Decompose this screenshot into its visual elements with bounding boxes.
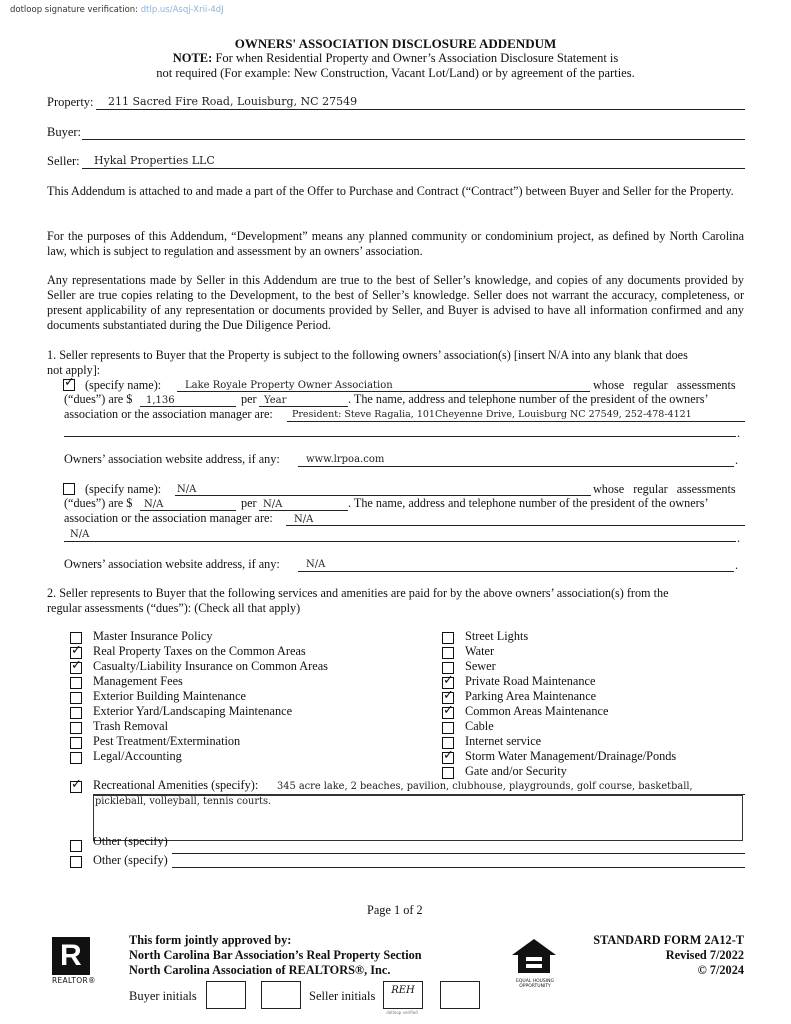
recreational-amenities-value-line-1[interactable]: 345 acre lake, 2 beaches, pavilion, club… [277,781,693,792]
association-2-name[interactable]: N/A [177,484,196,495]
seller-field[interactable]: Hykal Properties LLC [94,154,215,167]
service-right-checkbox-1[interactable] [442,632,454,644]
service-right-label-9: Storm Water Management/Drainage/Ponds [465,749,676,764]
section2-intro: 2. Seller represents to Buyer that the f… [47,586,744,616]
service-left-checkbox-5[interactable] [70,692,82,704]
manager-line [286,525,745,526]
eho-text: EQUAL HOUSING OPPORTUNITY [510,979,560,989]
property-field[interactable]: 211 Sacred Fire Road, Louisburg, NC 2754… [108,95,357,108]
association-1-name[interactable]: Lake Royale Property Owner Association [185,380,393,391]
section1-intro-line-2: not apply]: [47,363,744,378]
service-left-checkbox-4[interactable] [70,677,82,689]
period-mark: . [735,558,738,573]
seller-label: Seller: [47,154,80,169]
name-address-label: . The name, address and telephone number… [348,392,709,407]
website-line [298,466,734,467]
period-mark: . [735,453,738,468]
whose-label: whose regular assessments [593,482,736,497]
buyer-line [82,139,745,140]
recreational-amenities-label: Recreational Amenities (specify): [93,778,258,793]
section2-intro-line-1: 2. Seller represents to Buyer that the f… [47,586,744,601]
property-line [96,109,745,110]
form-number: STANDARD FORM 2A12-T [593,933,744,948]
verification-label: dotloop signature verification: [10,5,138,15]
service-right-checkbox-7[interactable] [442,722,454,734]
other-2-checkbox[interactable] [70,856,82,868]
other-2-line[interactable] [172,867,745,868]
service-left-checkbox-6[interactable] [70,707,82,719]
buyer-initials-label: Buyer initials [129,989,197,1004]
approval-line-1: This form jointly approved by: [129,933,422,948]
association-1-period[interactable]: Year [264,395,286,406]
name-address-label: . The name, address and telephone number… [348,496,709,511]
manager-line-2 [64,436,736,437]
buyer-label: Buyer: [47,125,81,140]
service-left-label-9: Legal/Accounting [93,749,182,764]
note-bold: NOTE: [173,51,213,65]
website-label: Owners’ association website address, if … [64,452,280,467]
service-right-label-7: Cable [465,719,494,734]
service-right-label-2: Water [465,644,494,659]
other-1-label: Other (specify) [93,837,168,847]
document-title: OWNERS' ASSOCIATION DISCLOSURE ADDENDUM [0,36,791,52]
approval-block: This form jointly approved by: North Car… [129,933,422,978]
section2-intro-line-2: regular assessments (“dues”): (Check all… [47,601,744,616]
service-right-checkbox-6[interactable] [442,707,454,719]
service-left-label-2: Real Property Taxes on the Common Areas [93,644,306,659]
form-revised: Revised 7/2022 [593,948,744,963]
per-label: per [241,392,257,407]
service-right-label-4: Private Road Maintenance [465,674,595,689]
equal-housing-logo: EQUAL HOUSING OPPORTUNITY [510,937,560,989]
service-left-label-4: Management Fees [93,674,183,689]
period-mark: . [737,531,740,546]
dotloop-verification: dotloop signature verification: dtlp.us/… [10,5,224,15]
manager-line-2 [64,541,736,542]
association-1-checkbox[interactable] [63,379,75,391]
service-right-label-1: Street Lights [465,629,528,644]
seller-initials-box-2[interactable] [440,981,480,1009]
service-right-label-10: Gate and/or Security [465,764,567,779]
realtor-logo: R REALTOR® [52,937,96,985]
section1-intro: 1. Seller represents to Buyer that the P… [47,348,744,378]
seller-initials-box-1[interactable]: REH [383,981,423,1009]
realtor-logo-text: REALTOR® [52,976,96,985]
association-2-period[interactable]: N/A [263,499,282,510]
buyer-initials-box-2[interactable] [261,981,301,1009]
dues-label: (“dues”) are $ [64,392,132,407]
website-line [298,571,734,572]
association-2-manager[interactable]: N/A [294,514,313,525]
form-copyright: © 7/2024 [593,963,744,978]
service-left-label-3: Casualty/Liability Insurance on Common A… [93,659,328,674]
buyer-initials-box-1[interactable] [206,981,246,1009]
seller-initials-caption: dotloop verified [380,1010,424,1015]
service-right-label-5: Parking Area Maintenance [465,689,596,704]
seller-initials-1-value: REH [384,985,422,996]
association-2-website[interactable]: N/A [306,559,325,570]
approval-line-3: North Carolina Association of REALTORS®,… [129,963,422,978]
dues-label: (“dues”) are $ [64,496,132,511]
paragraph-development: For the purposes of this Addendum, “Deve… [47,229,744,259]
service-left-label-7: Trash Removal [93,719,168,734]
service-right-label-8: Internet service [465,734,541,749]
service-left-checkbox-7[interactable] [70,722,82,734]
manager-line [287,421,745,422]
other-2-label: Other (specify) [93,853,168,868]
service-left-label-1: Master Insurance Policy [93,629,213,644]
seller-line [82,168,745,169]
approval-line-2: North Carolina Bar Association’s Real Pr… [129,948,422,963]
service-left-checkbox-9[interactable] [70,752,82,764]
eho-text-line-2: OPPORTUNITY [510,984,560,989]
note-line-1: For when Residential Property and Owner’… [215,51,618,65]
whose-label: whose regular assessments [593,378,736,393]
verification-link[interactable]: dtlp.us/Asqj-Xrii-4dJ [141,5,224,15]
seller-initials-label: Seller initials [309,989,375,1004]
service-right-checkbox-10[interactable] [442,767,454,779]
association-1-dues[interactable]: 1,136 [146,395,175,406]
manager-label: association or the association manager a… [64,511,273,526]
form-info: STANDARD FORM 2A12-T Revised 7/2022 © 7/… [593,933,744,978]
realtor-r-icon: R [60,941,82,971]
property-label: Property: [47,95,94,110]
other-1-checkbox[interactable] [70,840,82,852]
paragraph-addendum: This Addendum is attached to and made a … [47,184,744,199]
association-2-checkbox[interactable] [63,483,75,495]
service-left-checkbox-8[interactable] [70,737,82,749]
website-label: Owners’ association website address, if … [64,557,280,572]
service-left-label-5: Exterior Building Maintenance [93,689,246,704]
period-mark: . [737,426,740,441]
association-2-dues[interactable]: N/A [144,499,163,510]
association-2-manager-line-2[interactable]: N/A [70,529,89,540]
service-right-checkbox-9[interactable] [442,752,454,764]
document-note: NOTE: For when Residential Property and … [0,51,791,81]
association-1-website[interactable]: www.lrpoa.com [306,454,384,465]
service-left-label-8: Pest Treatment/Extermination [93,734,240,749]
other-1-line[interactable] [172,853,745,854]
association-1-manager[interactable]: President: Steve Ragalia, 101Cheyenne Dr… [292,409,692,420]
service-right-label-3: Sewer [465,659,496,674]
service-left-checkbox-3[interactable] [70,662,82,674]
service-right-checkbox-2[interactable] [442,647,454,659]
manager-label: association or the association manager a… [64,407,273,422]
service-right-label-6: Common Areas Maintenance [465,704,608,719]
recreational-amenities-checkbox[interactable] [70,781,82,793]
recreational-amenities-value-line-2[interactable]: pickleball, volleyball, tennis courts. [95,796,271,807]
note-line-2: not required (For example: New Construct… [0,66,791,81]
equal-housing-icon [510,937,558,975]
section1-intro-line-1: 1. Seller represents to Buyer that the P… [47,348,744,363]
specify-name-label: (specify name): [85,482,161,497]
service-left-label-6: Exterior Yard/Landscaping Maintenance [93,704,292,719]
paragraph-representations: Any representations made by Seller in th… [47,273,744,333]
page-number: Page 1 of 2 [367,903,423,918]
per-label: per [241,496,257,511]
specify-name-label: (specify name): [85,378,161,393]
